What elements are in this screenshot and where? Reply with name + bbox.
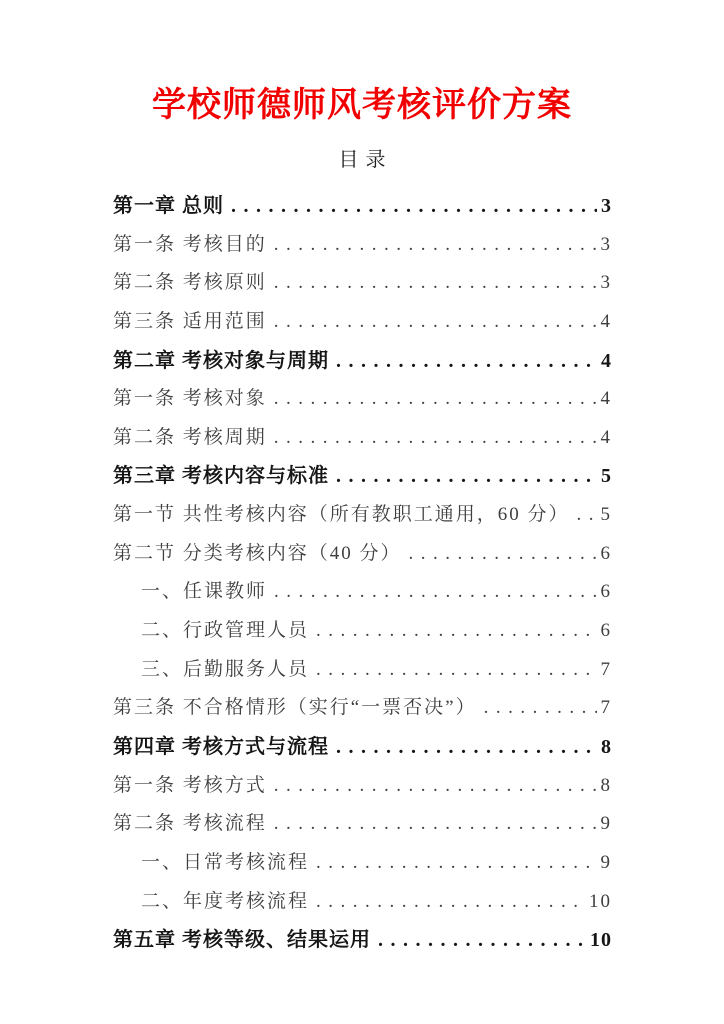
- toc-entry-label: 第三条 不合格情形（实行“一票否决”）: [113, 689, 477, 728]
- toc-entry-page: 3: [601, 226, 613, 265]
- toc-entry: 第一条 考核方式 ...............................…: [113, 767, 612, 806]
- toc-entry-page: 4: [601, 342, 612, 381]
- toc-entry: 一、任课教师 .................................…: [113, 573, 612, 612]
- toc-entry-label: 第二条 考核原则: [113, 264, 267, 303]
- toc-leader-dots: ........................................…: [274, 419, 597, 458]
- toc-leader-dots: ........................................…: [316, 844, 596, 883]
- toc-entry-label: 一、任课教师: [141, 573, 267, 612]
- toc-entry-page: 10: [590, 921, 612, 960]
- toc-leader-dots: ........................................…: [274, 226, 597, 265]
- toc-entry-page: 6: [601, 535, 613, 574]
- toc-entry: 第四章 考核方式与流程 ............................…: [113, 728, 612, 767]
- toc-leader-dots: ........................................…: [274, 303, 597, 342]
- toc-entry-label: 第五章 考核等级、结果运用: [113, 921, 371, 960]
- toc-leader-dots: ........................................…: [336, 342, 597, 381]
- toc-entry-label: 第一节 共性考核内容（所有教职工通用，60 分）: [113, 496, 570, 535]
- toc-entry: 第三条 不合格情形（实行“一票否决”） ....................…: [113, 689, 612, 728]
- document-page: 学校师德师风考核评价方案 目录 第一章 总则 .................…: [0, 0, 724, 1024]
- toc-leader-dots: ........................................…: [231, 187, 597, 226]
- toc-leader-dots: ........................................…: [316, 651, 596, 690]
- toc-leader-dots: ........................................…: [316, 612, 596, 651]
- toc-entry-page: 9: [601, 844, 613, 883]
- toc-leader-dots: ........................................…: [336, 728, 597, 767]
- toc-entry: 第一条 考核目的 ...............................…: [113, 226, 612, 265]
- toc-leader-dots: ........................................…: [484, 689, 597, 728]
- toc-list: 第一章 总则 .................................…: [113, 187, 612, 960]
- toc-entry-page: 8: [601, 728, 612, 767]
- toc-entry: 第二条 考核原则 ...............................…: [113, 264, 612, 303]
- toc-leader-dots: ........................................…: [577, 496, 597, 535]
- toc-entry: 一、日常考核流程 ...............................…: [113, 844, 612, 883]
- toc-entry: 第三章 考核内容与标准 ............................…: [113, 457, 612, 496]
- toc-entry-label: 第一章 总则: [113, 187, 224, 226]
- toc-entry: 第二节 分类考核内容（40 分） .......................…: [113, 535, 612, 574]
- toc-entry-label: 一、日常考核流程: [141, 844, 309, 883]
- toc-entry-page: 4: [601, 380, 613, 419]
- toc-entry-label: 第二章 考核对象与周期: [113, 342, 329, 381]
- toc-entry-page: 5: [601, 496, 613, 535]
- toc-entry: 第一条 考核对象 ...............................…: [113, 380, 612, 419]
- toc-entry-label: 第三章 考核内容与标准: [113, 457, 329, 496]
- toc-entry: 第二条 考核周期 ...............................…: [113, 419, 612, 458]
- toc-entry: 第二条 考核流程 ...............................…: [113, 805, 612, 844]
- toc-entry: 第五章 考核等级、结果运用 ..........................…: [113, 921, 612, 960]
- toc-entry: 三、后勤服务人员 ...............................…: [113, 651, 612, 690]
- toc-entry-page: 8: [601, 767, 613, 806]
- toc-entry-label: 第二节 分类考核内容（40 分）: [113, 535, 402, 574]
- toc-entry-label: 三、后勤服务人员: [141, 651, 309, 690]
- toc-entry-label: 第一条 考核方式: [113, 767, 267, 806]
- toc-leader-dots: ........................................…: [336, 457, 597, 496]
- toc-leader-dots: ........................................…: [378, 921, 586, 960]
- toc-entry: 二、年度考核流程 ...............................…: [113, 883, 612, 922]
- toc-entry-page: 6: [601, 612, 613, 651]
- toc-entry-label: 第四章 考核方式与流程: [113, 728, 329, 767]
- toc-entry: 第一章 总则 .................................…: [113, 187, 612, 226]
- toc-leader-dots: ........................................…: [274, 573, 596, 612]
- toc-leader-dots: ........................................…: [274, 767, 597, 806]
- toc-entry-page: 6: [601, 573, 613, 612]
- toc-entry-page: 7: [601, 651, 613, 690]
- toc-entry-label: 二、行政管理人员: [141, 612, 309, 651]
- toc-entry-page: 3: [601, 187, 612, 226]
- toc-leader-dots: ........................................…: [409, 535, 597, 574]
- toc-entry: 第三条 适用范围 ...............................…: [113, 303, 612, 342]
- toc-entry-page: 4: [601, 419, 613, 458]
- toc-heading: 目录: [0, 146, 724, 174]
- toc-leader-dots: ........................................…: [274, 805, 597, 844]
- toc-entry-page: 4: [601, 303, 613, 342]
- toc-entry-label: 二、年度考核流程: [141, 883, 309, 922]
- toc-entry-page: 10: [589, 883, 612, 922]
- toc-leader-dots: ........................................…: [316, 883, 585, 922]
- document-title: 学校师德师风考核评价方案: [0, 0, 724, 128]
- toc-entry-label: 第二条 考核周期: [113, 419, 267, 458]
- toc-entry-page: 9: [601, 805, 613, 844]
- toc-entry-page: 5: [601, 457, 612, 496]
- toc-entry: 第一节 共性考核内容（所有教职工通用，60 分） ...............…: [113, 496, 612, 535]
- toc-entry-label: 第二条 考核流程: [113, 805, 267, 844]
- toc-entry-page: 7: [601, 689, 613, 728]
- toc-entry-label: 第一条 考核对象: [113, 380, 267, 419]
- toc-entry-label: 第一条 考核目的: [113, 226, 267, 265]
- toc-entry-label: 第三条 适用范围: [113, 303, 267, 342]
- toc-leader-dots: ........................................…: [274, 380, 597, 419]
- toc-entry: 第二章 考核对象与周期 ............................…: [113, 342, 612, 381]
- toc-entry-page: 3: [601, 264, 613, 303]
- toc-entry: 二、行政管理人员 ...............................…: [113, 612, 612, 651]
- toc-leader-dots: ........................................…: [274, 264, 597, 303]
